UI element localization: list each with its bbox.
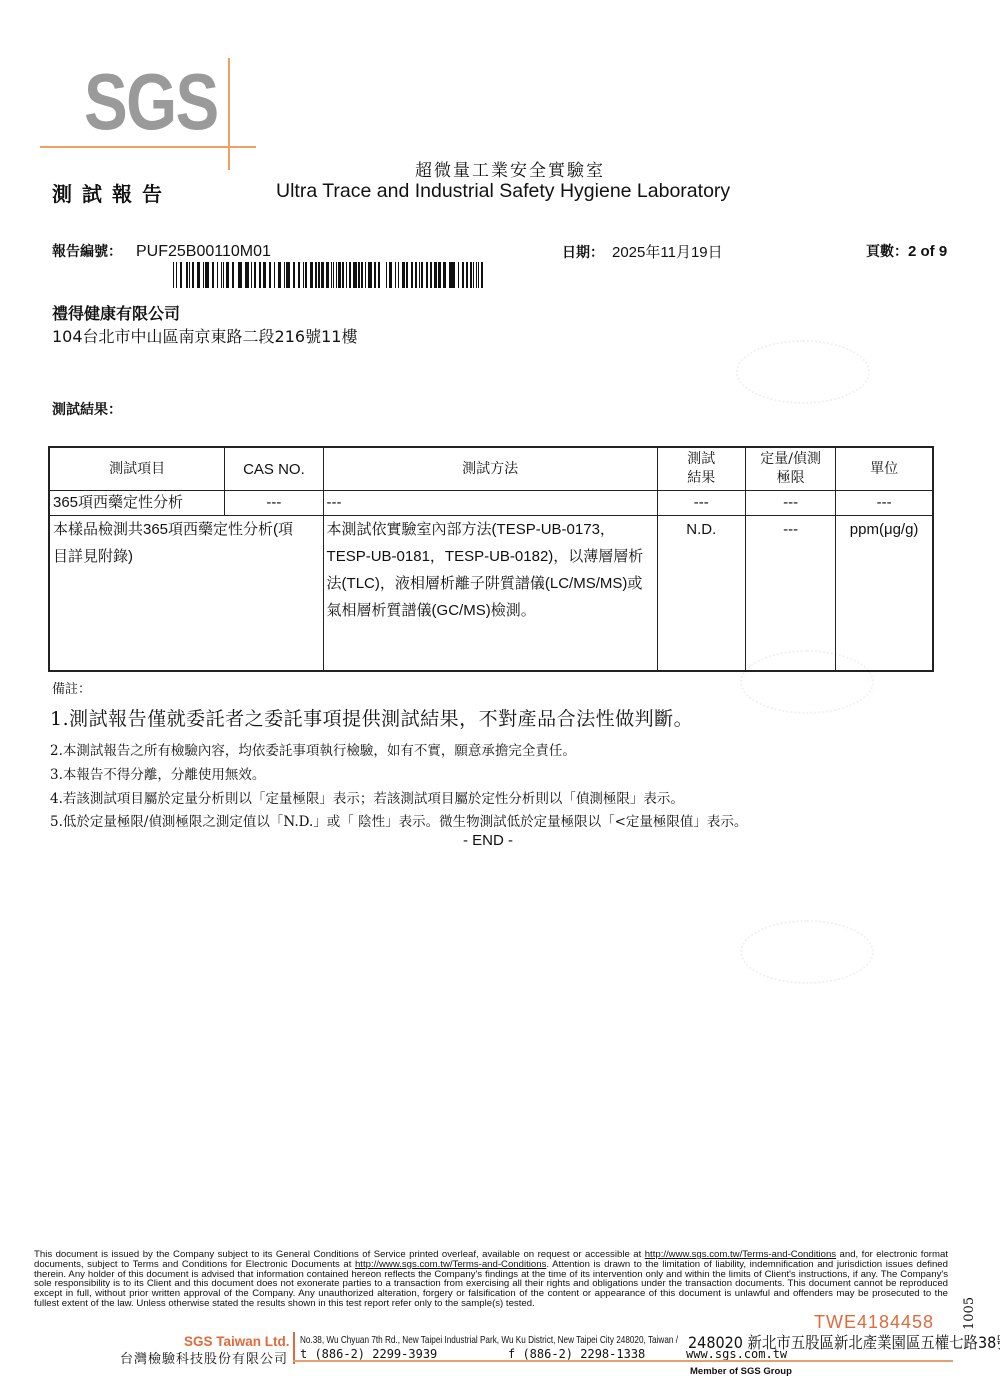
barcode-bar	[221, 262, 222, 288]
table-row: 本樣品檢測共365項西藥定性分析(項目詳見附錄) 本測試依實驗室內部方法(TES…	[49, 516, 933, 672]
barcode-bar	[319, 262, 320, 288]
barcode	[172, 262, 484, 288]
barcode-bar	[269, 262, 272, 288]
barcode-bar	[263, 262, 266, 288]
cell-unit: ppm(μg/g)	[836, 516, 933, 672]
barcode-bar	[342, 262, 345, 288]
barcode-bar	[223, 262, 225, 288]
barcode-bar	[192, 262, 195, 288]
logo-vertical-line	[228, 58, 230, 170]
pages-value: 2 of 9	[908, 243, 947, 260]
barcode-bar	[398, 262, 400, 288]
column-header-limit: 定量/偵測 極限	[745, 447, 835, 491]
barcode-bar	[180, 262, 183, 288]
column-header-item: 測試項目	[49, 447, 225, 491]
cell-cas: ---	[225, 491, 323, 516]
cell-item: 本樣品檢測共365項西藥定性分析(項目詳見附錄)	[49, 516, 323, 672]
barcode-bar	[315, 262, 318, 288]
barcode-bar	[259, 262, 261, 288]
legal-disclaimer: This document is issued by the Company s…	[34, 1250, 948, 1309]
column-header-method: 測試方法	[323, 447, 657, 491]
cell-unit: ---	[836, 491, 933, 516]
barcode-bar	[386, 262, 387, 288]
barcode-bar	[287, 262, 290, 288]
barcode-bar	[434, 262, 437, 288]
barcode-bar	[361, 262, 363, 288]
barcode-bar	[232, 262, 234, 288]
column-header-result-line2: 結果	[661, 469, 742, 488]
cell-limit: ---	[745, 516, 835, 672]
cell-method: ---	[323, 491, 657, 516]
barcode-bar	[462, 262, 464, 288]
barcode-bar	[355, 262, 358, 288]
barcode-bar	[402, 262, 405, 288]
note-item: 1.測試報告僅就委託者之委託事項提供測試結果，不對產品合法性做判斷。	[50, 704, 693, 731]
barcode-bar	[374, 262, 376, 288]
barcode-bar	[173, 262, 174, 288]
column-header-result: 測試 結果	[657, 447, 745, 491]
barcode-bar	[303, 262, 304, 288]
barcode-bar	[349, 262, 351, 288]
barcode-bar	[368, 262, 369, 288]
barcode-bar	[481, 262, 483, 288]
results-table: 測試項目 CAS NO. 測試方法 測試 結果 定量/偵測 極限 單位 365項…	[48, 446, 934, 672]
note-item: 2.本測試報告之所有檢驗內容，均依委託事項執行檢驗，如有不實，願意承擔完全責任。	[50, 739, 576, 759]
barcode-bar	[411, 262, 414, 288]
cell-item: 365項西藥定性分析	[49, 491, 225, 516]
pages-label: 頁數：	[866, 244, 908, 260]
report-date: 日期：2025年11月19日	[562, 241, 723, 262]
cell-result: N.D.	[657, 516, 745, 672]
security-watermark	[740, 920, 874, 984]
barcode-bar	[406, 262, 408, 288]
column-header-result-line1: 測試	[661, 450, 742, 469]
barcode-bar	[365, 262, 366, 288]
barcode-bar	[449, 262, 450, 288]
report-number-value: PUF25B00110M01	[136, 243, 271, 260]
table-header-row: 測試項目 CAS NO. 測試方法 測試 結果 定量/偵測 極限 單位	[49, 447, 933, 491]
barcode-bar	[326, 262, 329, 288]
barcode-bar	[426, 262, 429, 288]
company-name-zh: 台灣檢驗科技股份有限公司	[120, 1348, 288, 1367]
barcode-bar	[203, 262, 204, 288]
results-section-label: 測試結果：	[52, 399, 122, 419]
client-name: 禮得健康有限公司	[52, 301, 180, 324]
barcode-bar	[443, 262, 446, 288]
column-header-limit-line2: 極限	[749, 469, 832, 488]
barcode-bar	[310, 262, 313, 288]
barcode-bar	[458, 262, 460, 288]
date-value: 2025年11月19日	[612, 244, 723, 261]
logo-horizontal-line	[40, 146, 256, 148]
date-label: 日期：	[562, 245, 604, 261]
barcode-bar	[439, 262, 441, 288]
barcode-bar	[478, 262, 479, 288]
security-watermark	[736, 340, 870, 404]
barcode-bar	[274, 262, 275, 288]
barcode-bar	[239, 262, 242, 288]
barcode-bar	[453, 262, 455, 288]
report-number: 報告編號：PUF25B00110M01	[52, 241, 271, 261]
note-item: 4.若該測試項目屬於定量分析則以「定量極限」表示；若該測試項目屬於定性分析則以「…	[50, 787, 684, 807]
barcode-bar	[395, 262, 396, 288]
side-code: 1005	[962, 1297, 977, 1330]
footer-divider-horizontal	[293, 1360, 953, 1362]
barcode-bar	[430, 262, 432, 288]
barcode-bar	[176, 262, 177, 288]
barcode-bar	[421, 262, 423, 288]
barcode-bar	[238, 262, 239, 288]
barcode-bar	[473, 262, 474, 288]
barcode-bar	[189, 262, 190, 288]
barcode-bar	[247, 262, 249, 288]
barcode-bar	[298, 262, 301, 288]
barcode-bar	[251, 262, 252, 288]
barcode-bar	[389, 262, 392, 288]
barcode-bar	[358, 262, 360, 288]
barcode-bar	[419, 262, 420, 288]
barcode-bar	[331, 262, 332, 288]
barcode-bar	[378, 262, 381, 288]
barcode-bar	[207, 262, 209, 288]
telephone: t (886-2) 2299-3939	[300, 1347, 437, 1361]
barcode-bar	[286, 262, 287, 288]
company-name-en: SGS Taiwan Ltd.	[184, 1334, 284, 1349]
barcode-bar	[284, 262, 285, 288]
table-row: 365項西藥定性分析 --- --- --- --- ---	[49, 491, 933, 516]
lab-name-en: Ultra Trace and Industrial Safety Hygien…	[276, 180, 730, 203]
end-mark: - END -	[0, 832, 1000, 849]
barcode-bar	[333, 262, 335, 288]
barcode-bar	[322, 262, 325, 288]
barcode-bar	[293, 262, 295, 288]
column-header-unit: 單位	[836, 447, 933, 491]
page-count: 頁數：2 of 9	[866, 241, 947, 261]
barcode-bar	[470, 262, 473, 288]
barcode-bar	[338, 262, 341, 288]
barcode-bar	[336, 262, 337, 288]
barcode-bar	[415, 262, 417, 288]
note-item: 5.低於定量極限/偵測極限之測定值以「N.D.」或「 陰性」表示。微生物測試低於…	[50, 810, 747, 830]
website-link[interactable]: www.sgs.com.tw	[686, 1347, 787, 1361]
barcode-bar	[279, 262, 281, 288]
barcode-bar	[346, 262, 347, 288]
barcode-bar	[212, 262, 214, 288]
client-address: 104台北市中山區南京東路二段216號11樓	[52, 324, 357, 347]
fax: f (886-2) 2298-1338	[508, 1347, 645, 1361]
cell-result: ---	[657, 491, 745, 516]
column-header-cas: CAS NO.	[225, 447, 323, 491]
barcode-bar	[205, 262, 207, 288]
sgs-logo: SGS	[84, 62, 218, 142]
barcode-bar	[476, 262, 477, 288]
notes-title: 備註：	[52, 678, 91, 697]
barcode-bar	[197, 262, 200, 288]
barcode-bar	[217, 262, 218, 288]
barcode-bar	[254, 262, 257, 288]
note-item: 3.本報告不得分離，分離使用無效。	[50, 763, 265, 783]
barcode-bar	[186, 262, 188, 288]
barcode-bar	[467, 262, 468, 288]
barcode-bar	[438, 262, 439, 288]
column-header-limit-line1: 定量/偵測	[749, 450, 832, 469]
document-title: 測試報告	[52, 178, 172, 207]
report-number-label: 報告編號：	[52, 244, 122, 260]
barcode-bar	[369, 262, 372, 288]
member-of-sgs-group: Member of SGS Group	[690, 1366, 792, 1377]
company-address-en: No.38, Wu Chyuan 7th Rd., New Taipei Ind…	[300, 1334, 678, 1346]
cell-limit: ---	[745, 491, 835, 516]
barcode-bar	[305, 262, 307, 288]
cell-method: 本測試依實驗室內部方法(TESP-UB-0173，TESP-UB-0181，TE…	[323, 516, 657, 672]
barcode-bar	[226, 262, 229, 288]
